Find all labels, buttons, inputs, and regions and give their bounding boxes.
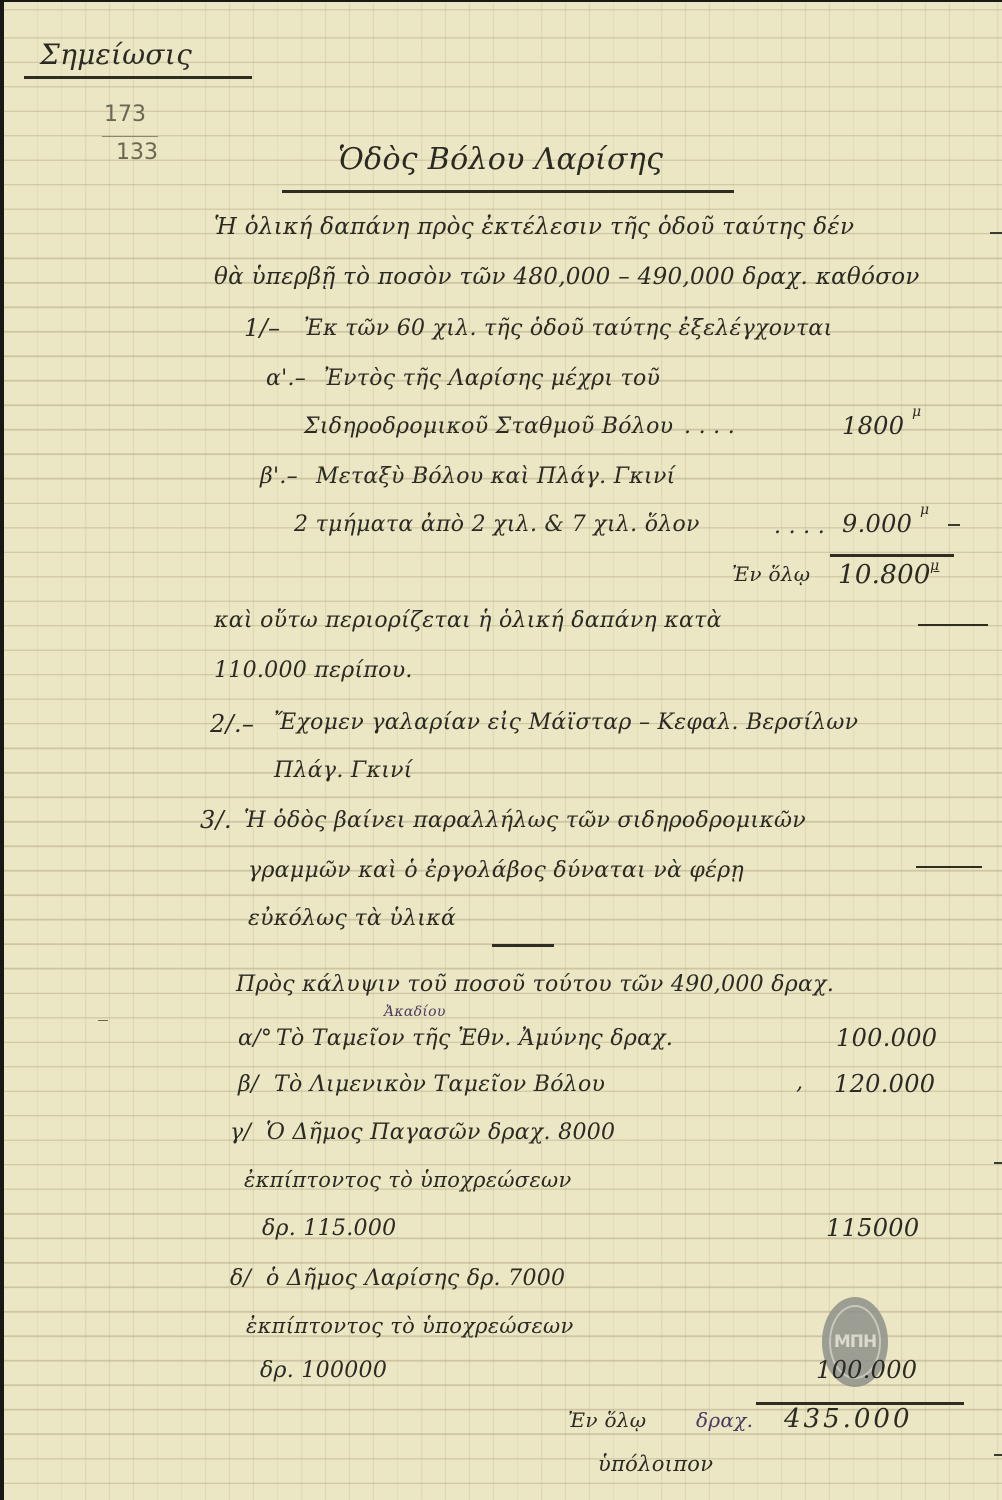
point2-line2: Πλάγ. Γκινί: [274, 758, 413, 783]
margin-mark: [994, 1454, 1002, 1456]
funding-row-c-line1: Ὁ Δῆμος Παγασῶν δραχ. 8000: [266, 1120, 615, 1145]
title-underline: [282, 190, 734, 193]
item-a-leader: . . . .: [684, 414, 735, 439]
reduction-line-1: καὶ οὕτω περιορίζεται ἡ ὁλική δαπάνη κατ…: [214, 608, 722, 633]
pencil-annotation: Ἀκαδίου: [384, 1004, 446, 1020]
item-a-amount: 1800: [842, 412, 904, 440]
item-a-marker: α'.–: [266, 366, 306, 391]
point2-label: 2/.–: [210, 710, 254, 738]
intro-line-1: Ἡ ὁλική δαπάνη πρὸς ἐκτέλεσιν τῆς ὁδοῦ τ…: [214, 214, 854, 240]
point3-label: 3/.: [200, 806, 232, 834]
point3-line3: εὐκόλως τὰ ὑλικά: [248, 906, 456, 931]
item-b-leader: . . . .: [774, 514, 825, 539]
reduction-filler-line: [918, 624, 988, 626]
section-divider: [492, 944, 554, 947]
funding-row-d-line2: ἐκπίπτοντος τὸ ὑποχρεώσεων: [246, 1314, 574, 1338]
point3-filler-line: [916, 866, 982, 868]
funding-row-a-text: Τὸ Ταμεῖον τῆς Ἐθν. Ἀμύνης δραχ.: [276, 1026, 673, 1051]
total-currency: δραχ.: [696, 1408, 753, 1432]
item-b-line2: 2 τμήματα ἀπὸ 2 χιλ. & 7 χιλ. ὅλον: [294, 512, 700, 537]
manuscript-page: Σημείωσις 173 133 Ὁδὸς Βόλου Λαρίσης Ἡ ὁ…: [4, 2, 1002, 1500]
subtotal-amount: 10.800: [838, 560, 931, 590]
funding-row-b-text: Τὸ Λιμενικὸν Ταμεῖον Βόλου: [274, 1072, 605, 1097]
point2-line1: Ἔχομεν γαλαρίαν εἰς Μάϊσταρ – Κεφαλ. Βερ…: [274, 710, 858, 735]
item-b-amount: 9.000: [842, 510, 912, 538]
funding-row-d-line3: δρ. 100000: [260, 1358, 387, 1383]
reduction-line-2: 110.000 περίπου.: [214, 658, 413, 683]
point1-text: Ἐκ τῶν 60 χιλ. τῆς ὁδοῦ ταύτης ἐξελέγχον…: [304, 316, 833, 341]
hyphen-mark: [948, 524, 960, 526]
archive-seal-text: ΜΠΗ: [834, 1332, 876, 1352]
closing-word: ὑπόλοιπον: [598, 1452, 713, 1476]
page-title: Ὁδὸς Βόλου Λαρίσης: [338, 142, 663, 177]
item-b-unit: μ: [920, 502, 929, 518]
funding-row-c-marker: γ/: [230, 1120, 251, 1145]
item-a-line1: Ἐντὸς τῆς Λαρίσης μέχρι τοῦ: [324, 366, 660, 391]
header-label: Σημείωσις: [40, 38, 192, 71]
funding-row-d-amount: 100.000: [816, 1356, 917, 1384]
item-b-line1: Μεταξὺ Βόλου καὶ Πλάγ. Γκινί: [316, 464, 676, 489]
funding-row-a-amount: 100.000: [836, 1024, 937, 1052]
funding-row-d-line1: ὁ Δῆμος Λαρίσης δρ. 7000: [266, 1266, 565, 1291]
funding-row-a-marker: α/°: [238, 1026, 272, 1051]
archive-number-top: 173: [104, 102, 146, 127]
point3-line1: Ἡ ὁδὸς βαίνει παραλλήλως τῶν σιδηροδρομι…: [244, 808, 806, 833]
header-underline: [24, 76, 252, 79]
funding-row-b-ditto: ,: [796, 1070, 803, 1095]
funding-row-b-marker: β/: [238, 1072, 259, 1097]
archive-number-bottom: 133: [116, 140, 158, 165]
total-label: Ἐν ὅλῳ: [568, 1408, 646, 1432]
item-b-marker: β'.–: [260, 464, 298, 489]
funding-row-c-line2: ἐκπίπτοντος τὸ ὑποχρεώσεων: [244, 1168, 572, 1192]
margin-mark: [994, 1162, 1002, 1164]
funding-row-b-amount: 120.000: [834, 1070, 935, 1098]
subtotal-label: Ἐν ὅλῳ: [732, 562, 810, 586]
intro-line-2: θὰ ὑπερβῇ τὸ ποσὸν τῶν 480,000 – 490,000…: [214, 264, 920, 290]
funding-row-c-line3: δρ. 115.000: [262, 1216, 396, 1241]
funding-heading: Πρὸς κάλυψιν τοῦ ποσοῦ τούτου τῶν 490,00…: [236, 972, 834, 997]
margin-mark: [98, 1020, 108, 1021]
item-a-unit: μ: [912, 404, 921, 420]
funding-row-d-marker: δ/: [230, 1266, 251, 1291]
total-amount: 435.000: [784, 1404, 913, 1434]
point3-line2: γραμμῶν καὶ ὁ ἐργολάβος δύναται νὰ φέρῃ: [248, 858, 744, 883]
point1-label: 1/–: [244, 314, 280, 342]
funding-row-c-amount: 115000: [826, 1214, 919, 1242]
item-a-line2: Σιδηροδρομικοῦ Σταθμοῦ Βόλου: [304, 414, 673, 439]
archive-number-divider: [102, 136, 158, 137]
subtotal-rule: [830, 554, 954, 557]
subtotal-unit: μ: [930, 558, 939, 574]
hyphen-mark: [990, 232, 1002, 234]
